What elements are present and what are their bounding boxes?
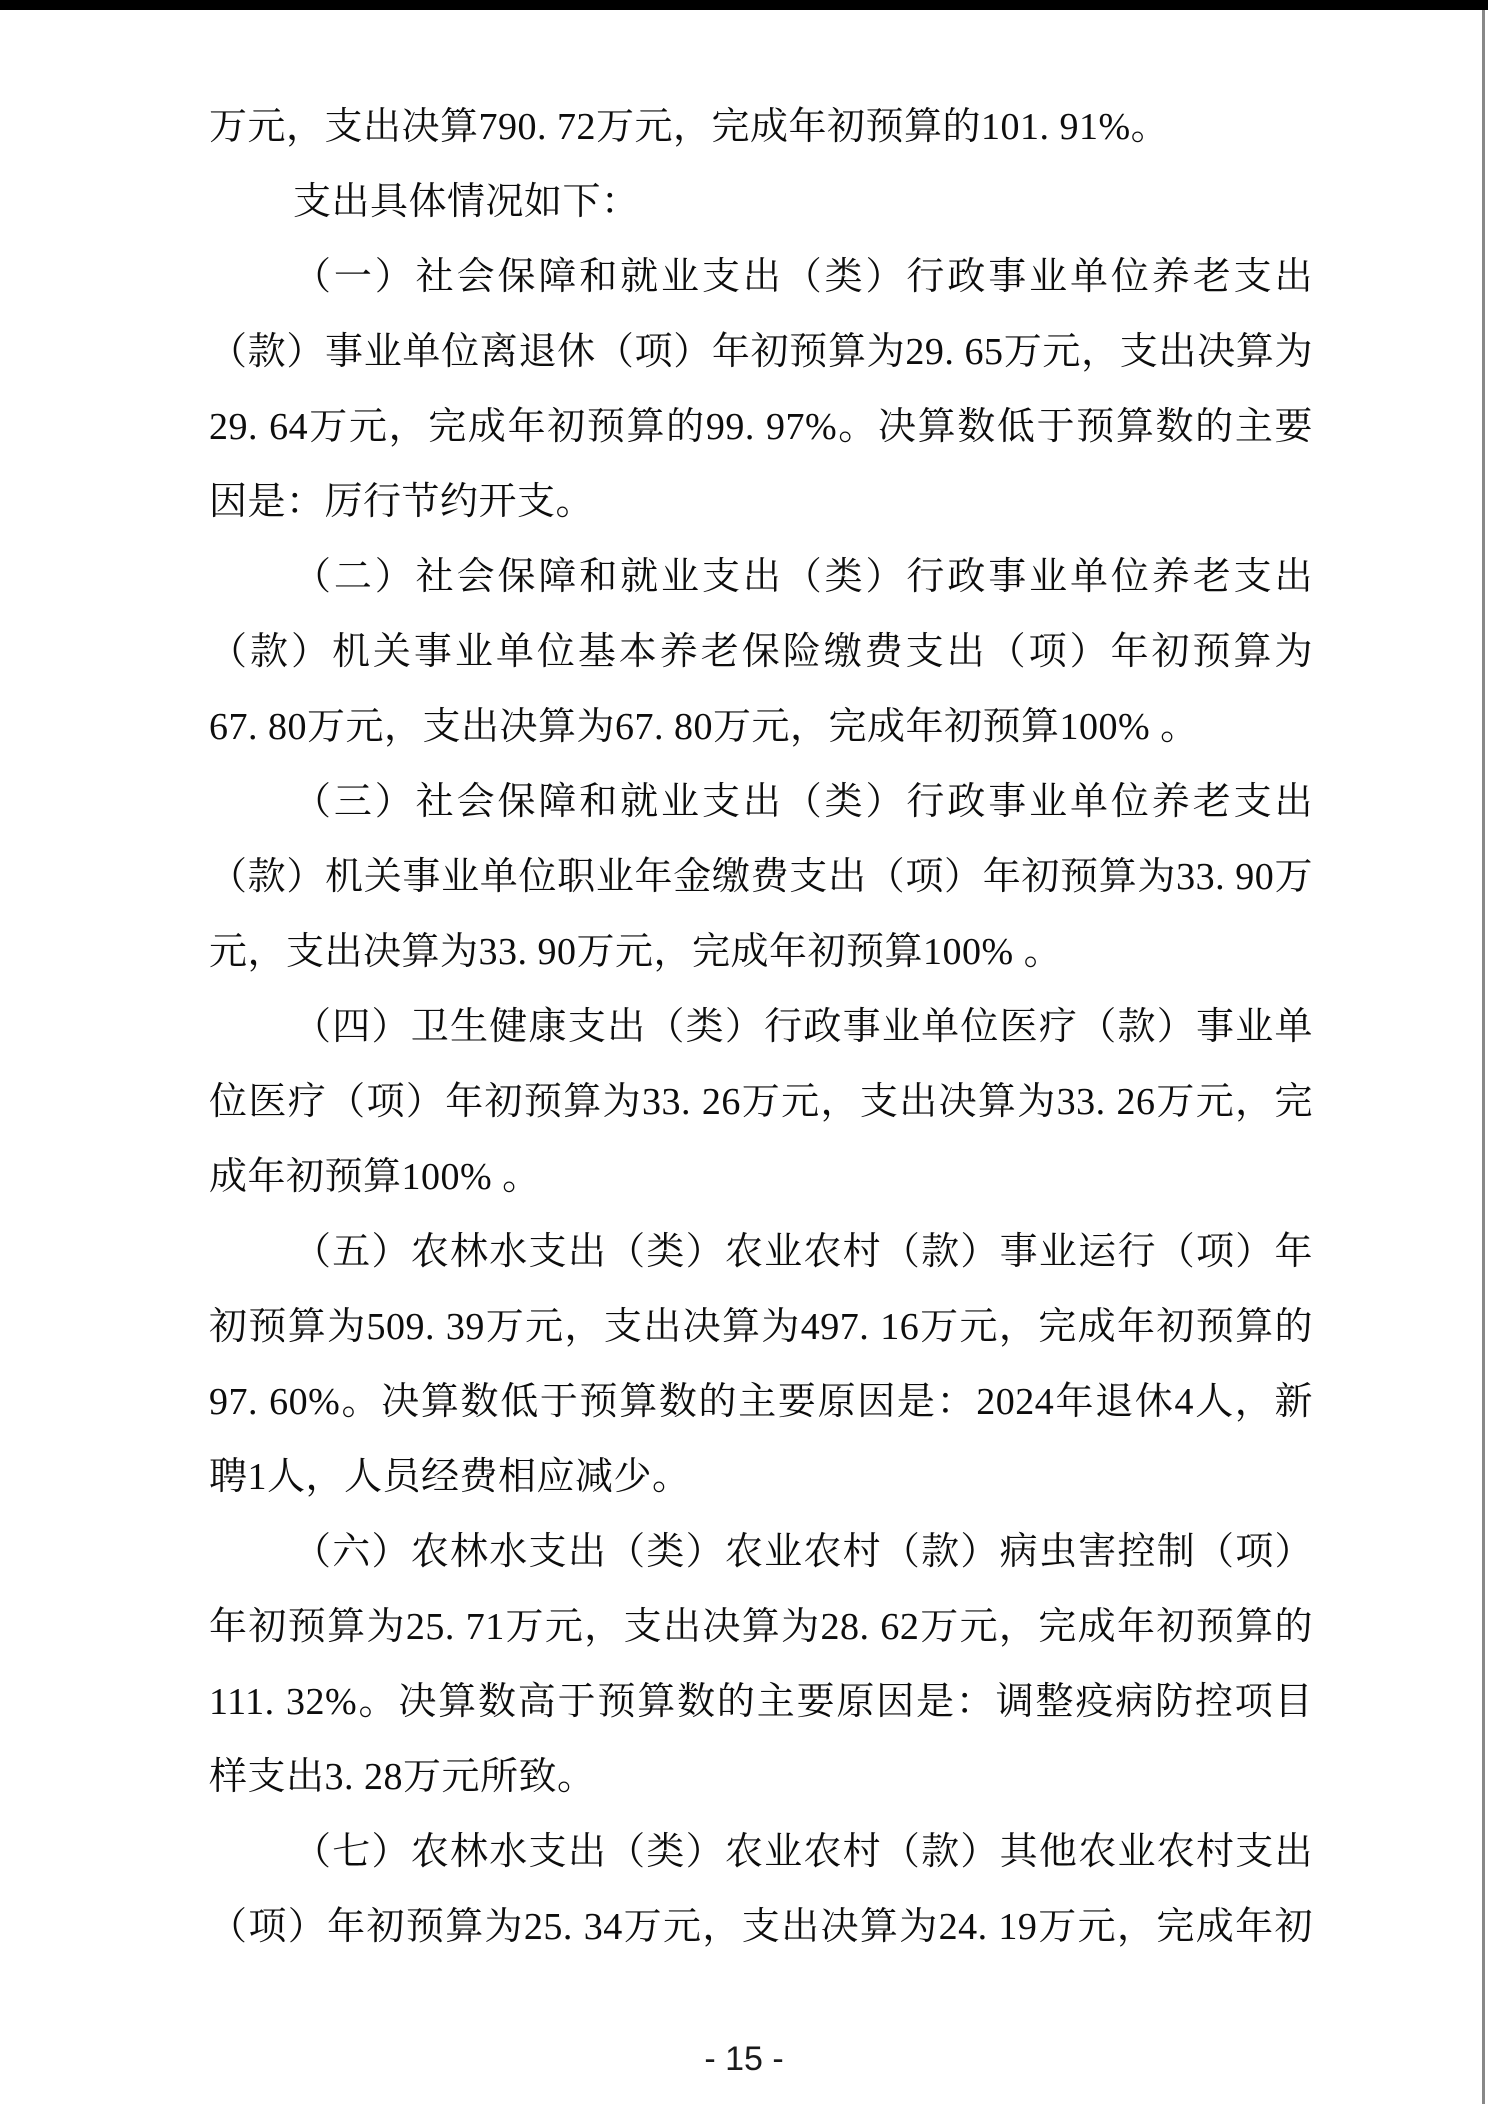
text-line: 111. 32%。决算数高于预算数的主要原因是：调整疫病防控项目采 <box>209 1665 1313 1740</box>
document-text-block: 万元，支出决算790. 72万元，完成年初预算的101. 91%。支出具体情况如… <box>209 90 1313 1970</box>
text-line: （款）机关事业单位基本养老保险缴费支出（项）年初预算为 <box>209 615 1313 690</box>
text-line: （四）卫生健康支出（类）行政事业单位医疗（款）事业单 <box>209 990 1313 1065</box>
text-line: 位医疗（项）年初预算为33. 26万元，支出决算为33. 26万元，完 <box>209 1065 1313 1140</box>
text-line: （二）社会保障和就业支出（类）行政事业单位养老支出 <box>209 540 1313 615</box>
text-line: 万元，支出决算790. 72万元，完成年初预算的101. 91%。 <box>209 90 1313 165</box>
text-line: 67. 80万元，支出决算为67. 80万元，完成年初预算100% 。 <box>209 690 1313 765</box>
scan-top-edge-bar <box>0 0 1488 10</box>
text-line: 样支出3. 28万元所致。 <box>209 1740 1313 1815</box>
text-line: （项）年初预算为25. 34万元，支出决算为24. 19万元，完成年初 <box>209 1890 1313 1965</box>
text-line: （三）社会保障和就业支出（类）行政事业单位养老支出 <box>209 765 1313 840</box>
text-line: （七）农林水支出（类）农业农村（款）其他农业农村支出 <box>209 1815 1313 1890</box>
scan-right-edge-line <box>1482 10 1485 2104</box>
page-number: - 15 - <box>0 2034 1488 2084</box>
text-line: 年初预算为25. 71万元，支出决算为28. 62万元，完成年初预算的 <box>209 1590 1313 1665</box>
text-line: （一）社会保障和就业支出（类）行政事业单位养老支出 <box>209 240 1313 315</box>
text-line: 成年初预算100% 。 <box>209 1140 1313 1215</box>
text-line: （款）机关事业单位职业年金缴费支出（项）年初预算为33. 90万 <box>209 840 1313 915</box>
text-line: 29. 64万元，完成年初预算的99. 97%。决算数低于预算数的主要原 <box>209 390 1313 465</box>
text-line: 元，支出决算为33. 90万元，完成年初预算100% 。 <box>209 915 1313 990</box>
text-line: 聘1人，人员经费相应减少。 <box>209 1440 1313 1515</box>
text-line: 支出具体情况如下： <box>209 165 1313 240</box>
text-line: （款）事业单位离退休（项）年初预算为29. 65万元，支出决算为 <box>209 315 1313 390</box>
text-line: （五）农林水支出（类）农业农村（款）事业运行（项）年 <box>209 1215 1313 1290</box>
text-line: 97. 60%。决算数低于预算数的主要原因是：2024年退休4人，新招 <box>209 1365 1313 1440</box>
text-line: 因是：厉行节约开支。 <box>209 465 1313 540</box>
text-line: 初预算为509. 39万元，支出决算为497. 16万元，完成年初预算的 <box>209 1290 1313 1365</box>
text-line: （六）农林水支出（类）农业农村（款）病虫害控制（项） <box>209 1515 1313 1590</box>
